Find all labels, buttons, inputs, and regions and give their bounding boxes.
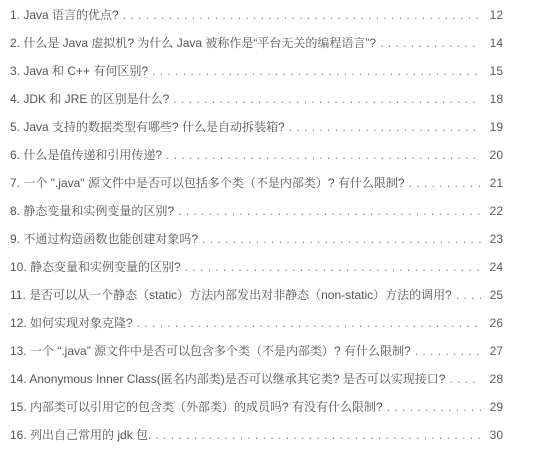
toc-dot-leader: . . . . . . . . . . . . . . . . . . . . …	[152, 57, 481, 85]
toc-entry-label: 16. 列出自己常用的 jdk 包.	[10, 421, 151, 449]
toc-entry[interactable]: 16. 列出自己常用的 jdk 包.. . . . . . . . . . . …	[10, 421, 503, 449]
toc-entry-label: 8. 静态变量和实例变量的区别?	[10, 197, 174, 225]
toc-dot-leader: . . . . . . . . . . . . . . . . . . . . …	[289, 113, 481, 141]
toc-entry-label: 7. 一个 ".java" 源文件中是否可以包括多个类（不是内部类）? 有什么限…	[10, 169, 405, 197]
toc-entry[interactable]: 15. 内部类可以引用它的包含类（外部类）的成员吗? 有没有什么限制?. . .…	[10, 393, 503, 421]
toc-dot-leader: . . . . . . . . . . . . . . . . . . . . …	[456, 281, 481, 309]
toc-entry[interactable]: 13. 一个 “.java” 源文件中是否可以包含多个类（不是内部类）? 有什么…	[10, 337, 503, 365]
toc-dot-leader: . . . . . . . . . . . . . . . . . . . . …	[155, 421, 481, 449]
toc-entry-label: 13. 一个 “.java” 源文件中是否可以包含多个类（不是内部类）? 有什么…	[10, 337, 411, 365]
toc-dot-leader: . . . . . . . . . . . . . . . . . . . . …	[415, 337, 481, 365]
toc-entry-label: 1. Java 语言的优点?	[10, 1, 119, 29]
toc-dot-leader: . . . . . . . . . . . . . . . . . . . . …	[166, 141, 481, 169]
toc-dot-leader: . . . . . . . . . . . . . . . . . . . . …	[387, 393, 481, 421]
toc-page-number: 19	[487, 113, 503, 141]
toc-entry[interactable]: 5. Java 支持的数据类型有哪些? 什么是自动拆装箱?. . . . . .…	[10, 113, 503, 141]
toc-dot-leader: . . . . . . . . . . . . . . . . . . . . …	[137, 309, 481, 337]
toc-entry[interactable]: 3. Java 和 C++ 有何区别?. . . . . . . . . . .…	[10, 57, 503, 85]
toc-entry[interactable]: 10. 静态变量和实例变量的区别?. . . . . . . . . . . .…	[10, 253, 503, 281]
toc-entry-label: 11. 是否可以从一个静态（static）方法内部发出对非静态（non-stat…	[10, 281, 452, 309]
toc-entry[interactable]: 14. Anonymous Inner Class(匿名内部类)是否可以继承其它…	[10, 365, 503, 393]
toc-page-number: 18	[487, 85, 503, 113]
toc-entry[interactable]: 11. 是否可以从一个静态（static）方法内部发出对非静态（non-stat…	[10, 281, 503, 309]
toc-entry-label: 12. 如何实现对象克隆?	[10, 309, 133, 337]
toc-entry-label: 15. 内部类可以引用它的包含类（外部类）的成员吗? 有没有什么限制?	[10, 393, 383, 421]
toc-page-number: 20	[487, 141, 503, 169]
toc-page-number: 14	[487, 29, 503, 57]
toc-page-number: 26	[487, 309, 503, 337]
toc-entry[interactable]: 4. JDK 和 JRE 的区别是什么?. . . . . . . . . . …	[10, 85, 503, 113]
toc-entry[interactable]: 2. 什么是 Java 虚拟机? 为什么 Java 被称作是“平台无关的编程语言…	[10, 29, 503, 57]
toc-page-number: 21	[487, 169, 503, 197]
toc-dot-leader: . . . . . . . . . . . . . . . . . . . . …	[123, 1, 481, 29]
toc-page-number: 29	[487, 393, 503, 421]
toc-entry-label: 3. Java 和 C++ 有何区别?	[10, 57, 148, 85]
toc-page-number: 22	[487, 197, 503, 225]
toc-dot-leader: . . . . . . . . . . . . . . . . . . . . …	[449, 365, 481, 393]
toc-page-number: 28	[487, 365, 503, 393]
toc-dot-leader: . . . . . . . . . . . . . . . . . . . . …	[185, 253, 481, 281]
toc-page: 1. Java 语言的优点?. . . . . . . . . . . . . …	[0, 0, 533, 449]
toc-page-number: 23	[487, 225, 503, 253]
toc-entry-label: 14. Anonymous Inner Class(匿名内部类)是否可以继承其它…	[10, 365, 445, 393]
toc-entry[interactable]: 7. 一个 ".java" 源文件中是否可以包括多个类（不是内部类）? 有什么限…	[10, 169, 503, 197]
toc-entry[interactable]: 12. 如何实现对象克隆?. . . . . . . . . . . . . .…	[10, 309, 503, 337]
toc-entry-label: 5. Java 支持的数据类型有哪些? 什么是自动拆装箱?	[10, 113, 285, 141]
toc-dot-leader: . . . . . . . . . . . . . . . . . . . . …	[178, 197, 481, 225]
toc-dot-leader: . . . . . . . . . . . . . . . . . . . . …	[409, 169, 481, 197]
toc-page-number: 30	[487, 421, 503, 449]
toc-entry[interactable]: 1. Java 语言的优点?. . . . . . . . . . . . . …	[10, 1, 503, 29]
toc-entry-label: 9. 不通过构造函数也能创建对象吗?	[10, 225, 198, 253]
toc-entry[interactable]: 6. 什么是值传递和引用传递?. . . . . . . . . . . . .…	[10, 141, 503, 169]
toc-page-number: 15	[487, 57, 503, 85]
toc-entry[interactable]: 8. 静态变量和实例变量的区别?. . . . . . . . . . . . …	[10, 197, 503, 225]
toc-entry[interactable]: 9. 不通过构造函数也能创建对象吗?. . . . . . . . . . . …	[10, 225, 503, 253]
toc-entry-label: 4. JDK 和 JRE 的区别是什么?	[10, 85, 169, 113]
toc-entry-label: 6. 什么是值传递和引用传递?	[10, 141, 162, 169]
toc-page-number: 25	[487, 281, 503, 309]
toc-entry-label: 10. 静态变量和实例变量的区别?	[10, 253, 181, 281]
toc-entry-label: 2. 什么是 Java 虚拟机? 为什么 Java 被称作是“平台无关的编程语言…	[10, 29, 376, 57]
toc-dot-leader: . . . . . . . . . . . . . . . . . . . . …	[202, 225, 481, 253]
toc-page-number: 12	[487, 1, 503, 29]
toc-dot-leader: . . . . . . . . . . . . . . . . . . . . …	[173, 85, 481, 113]
toc-dot-leader: . . . . . . . . . . . . . . . . . . . . …	[380, 29, 481, 57]
toc-page-number: 24	[487, 253, 503, 281]
toc-page-number: 27	[487, 337, 503, 365]
